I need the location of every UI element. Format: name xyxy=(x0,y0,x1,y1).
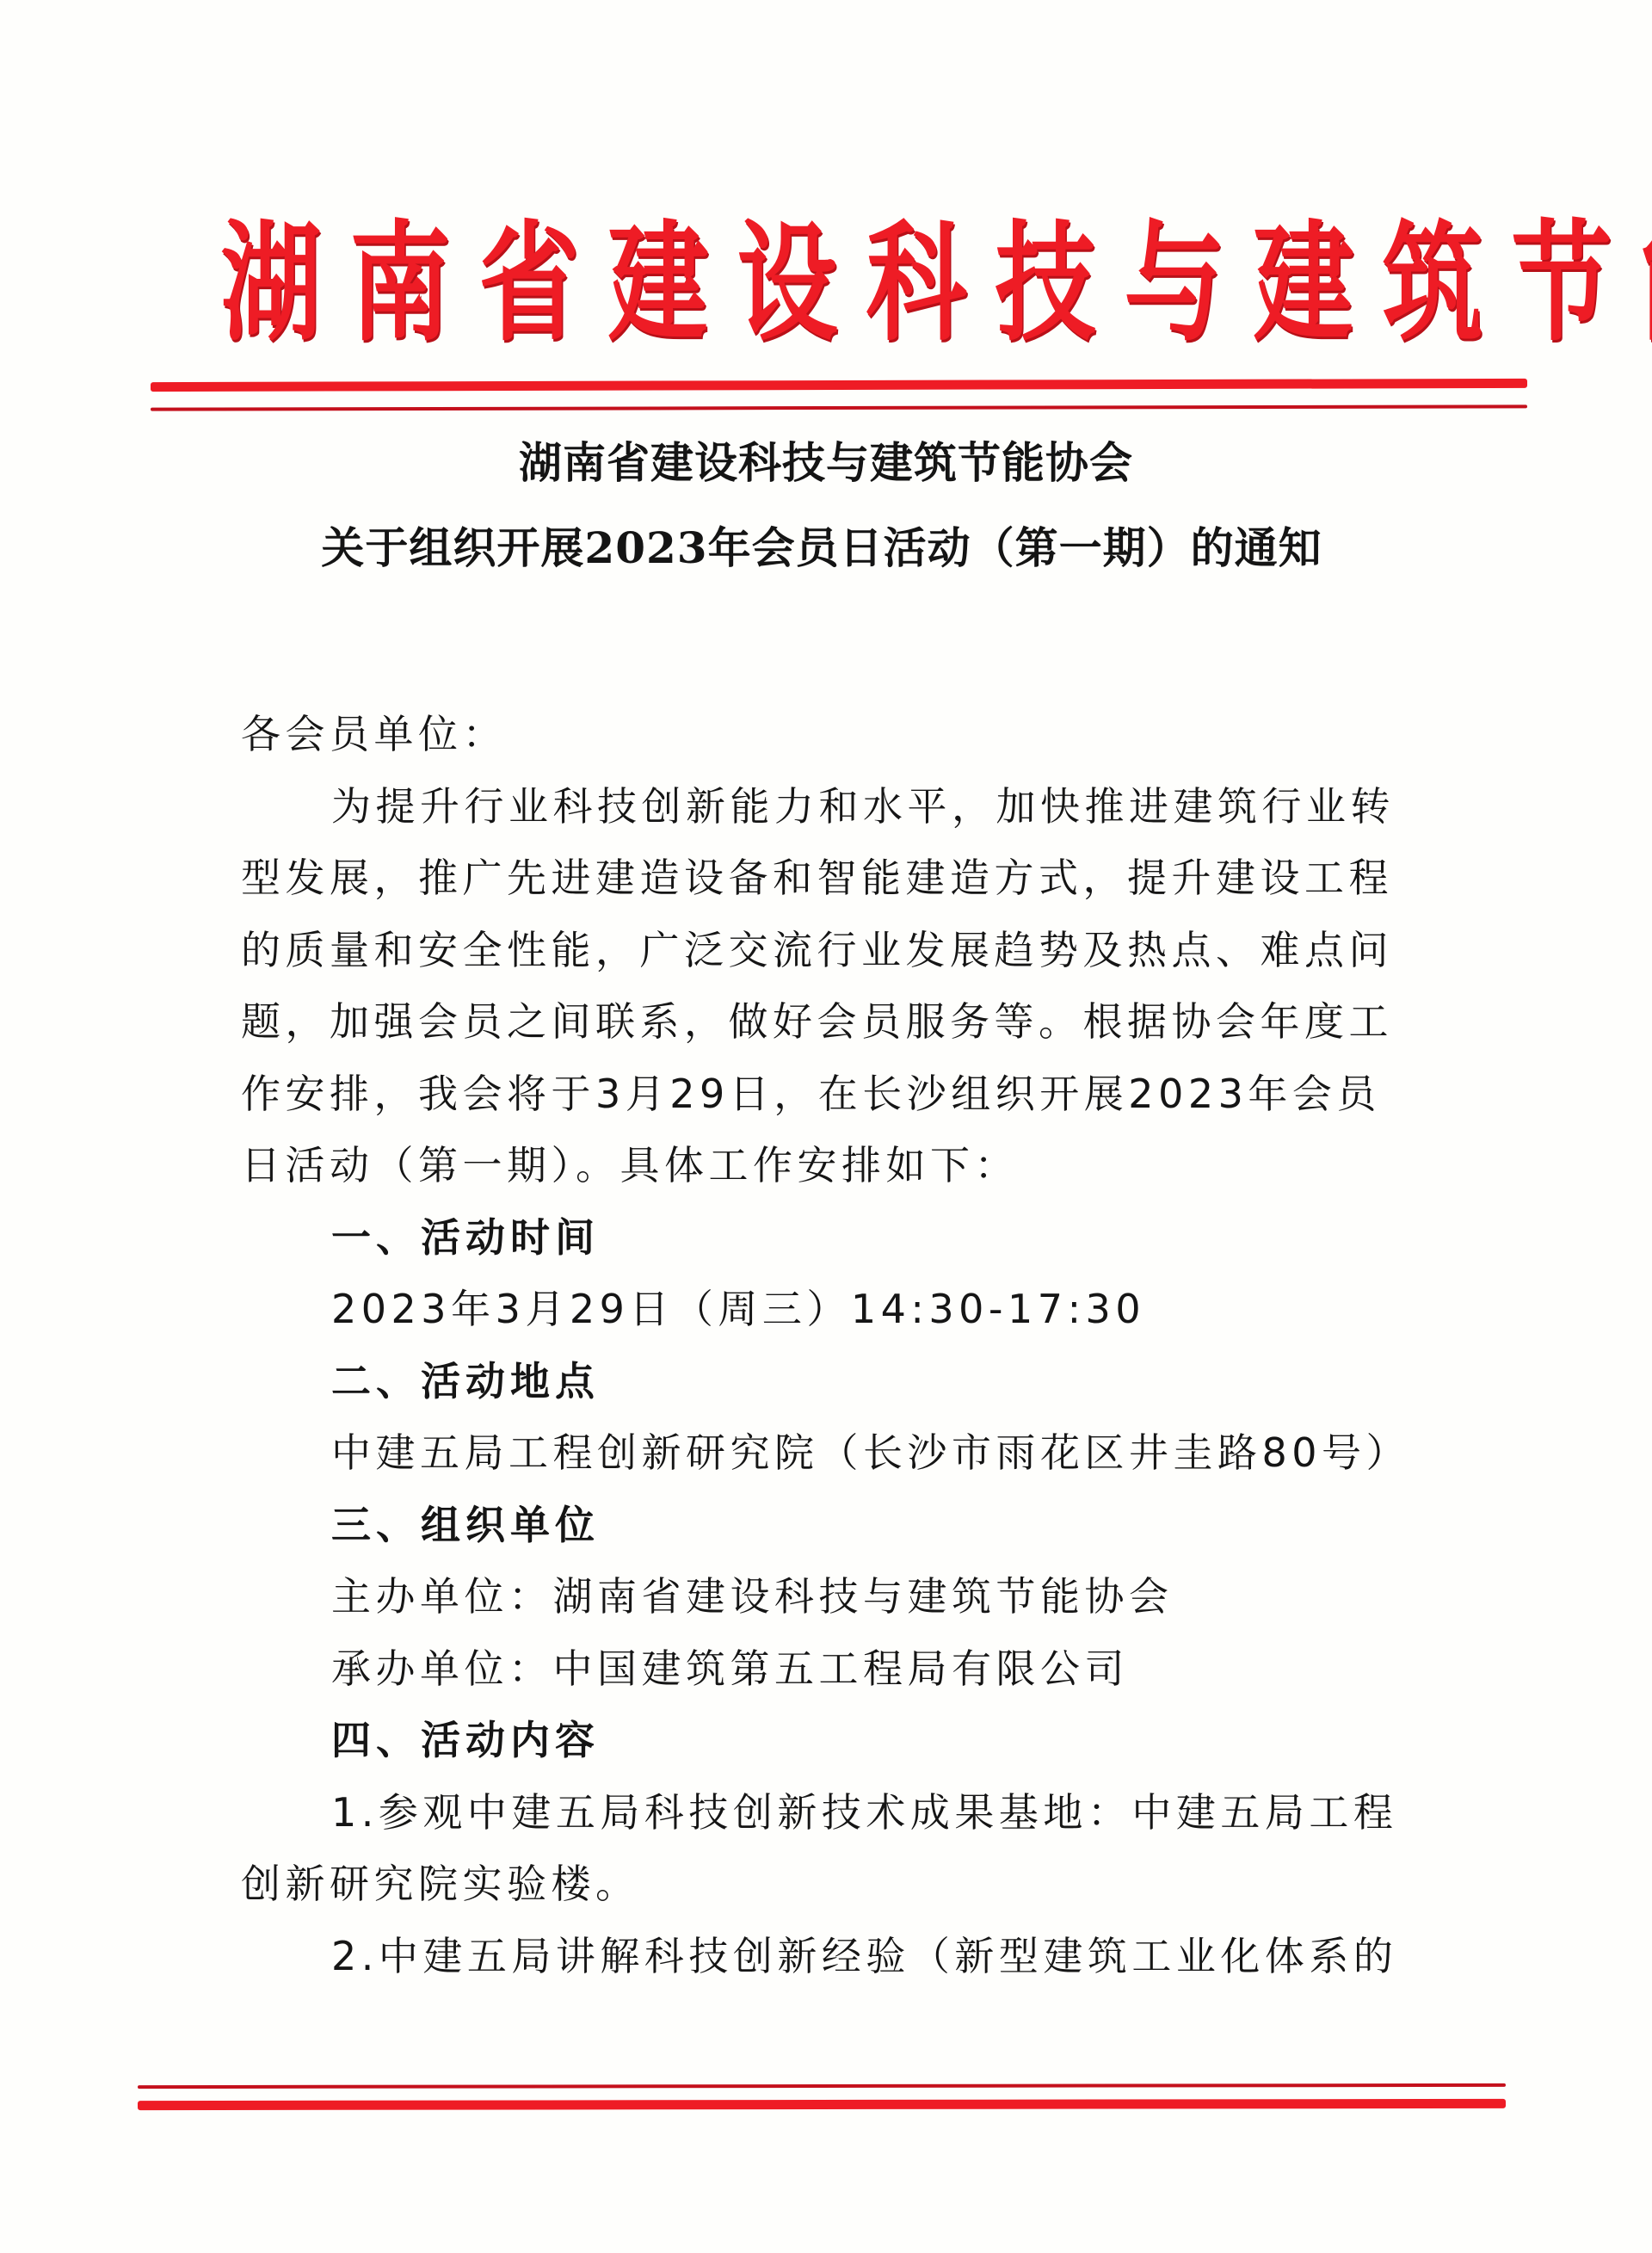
masthead-char: 与 xyxy=(1125,219,1225,349)
intro-paragraph-line: 日活动（第一期）。具体工作安排如下： xyxy=(241,1130,1402,1202)
section-line: 2023年3月29日（周三）14:30-17:30 xyxy=(241,1274,1402,1346)
section-heading-time: 一、活动时间 xyxy=(241,1202,1402,1275)
document-title-line-2: 关于组织开展2023年会员日活动（第一期）的通知 xyxy=(0,527,1648,570)
masthead-org-name: 湖 南 省 建 设 科 技 与 建 筑 节 能 协 会 xyxy=(206,198,1480,370)
masthead-char: 筑 xyxy=(1383,219,1483,349)
section-heading-location: 二、活动地点 xyxy=(241,1346,1402,1418)
intro-paragraph-line: 为提升行业科技创新能力和水平，加快推进建筑行业转 xyxy=(241,771,1402,843)
section-line: 主办单位：湖南省建设科技与建筑节能协会 xyxy=(241,1561,1402,1633)
masthead-char: 能 xyxy=(1641,219,1652,349)
masthead-char: 设 xyxy=(737,219,838,349)
masthead-char: 南 xyxy=(350,219,451,349)
header-rule-thick xyxy=(151,379,1527,392)
masthead-char: 科 xyxy=(866,219,967,349)
intro-paragraph-line: 题，加强会员之间联系，做好会员服务等。根据协会年度工 xyxy=(241,986,1402,1059)
section-line: 2.中建五局讲解科技创新经验（新型建筑工业化体系的 xyxy=(241,1921,1402,1993)
section-line: 创新研究院实验楼。 xyxy=(241,1849,1402,1921)
document-title-line-1: 湖南省建设科技与建筑节能协会 xyxy=(0,441,1652,485)
intro-paragraph-line: 的质量和安全性能，广泛交流行业发展趋势及热点、难点问 xyxy=(241,915,1402,987)
footer-rule-thin xyxy=(138,2083,1506,2089)
masthead-char: 技 xyxy=(996,219,1096,349)
masthead-char: 建 xyxy=(1254,219,1354,349)
section-line: 1.参观中建五局科技创新技术成果基地：中建五局工程 xyxy=(241,1777,1402,1849)
section-heading-content: 四、活动内容 xyxy=(241,1705,1402,1777)
intro-paragraph-line: 作安排，我会将于3月29日，在长沙组织开展2023年会员 xyxy=(241,1059,1402,1131)
intro-paragraph-line: 型发展，推广先进建造设备和智能建造方式，提升建设工程 xyxy=(241,843,1402,915)
masthead-char: 节 xyxy=(1512,219,1612,349)
section-line: 中建五局工程创新研究院（长沙市雨花区井圭路80号） xyxy=(241,1417,1402,1490)
masthead-char: 建 xyxy=(608,219,709,349)
document-page: 湖 南 省 建 设 科 技 与 建 筑 节 能 协 会 湖南省建设科技与建筑节能… xyxy=(0,0,1652,2253)
section-line: 承办单位：中国建筑第五工程局有限公司 xyxy=(241,1633,1402,1706)
header-rule-thin xyxy=(151,404,1527,410)
masthead-char: 湖 xyxy=(221,219,322,349)
salutation: 各会员单位： xyxy=(241,699,1402,771)
footer-rule-thick xyxy=(138,2099,1506,2110)
section-heading-organizers: 三、组织单位 xyxy=(241,1490,1402,1562)
masthead-char: 省 xyxy=(479,219,580,349)
document-body: 各会员单位： 为提升行业科技创新能力和水平，加快推进建筑行业转 型发展，推广先进… xyxy=(241,699,1402,1992)
